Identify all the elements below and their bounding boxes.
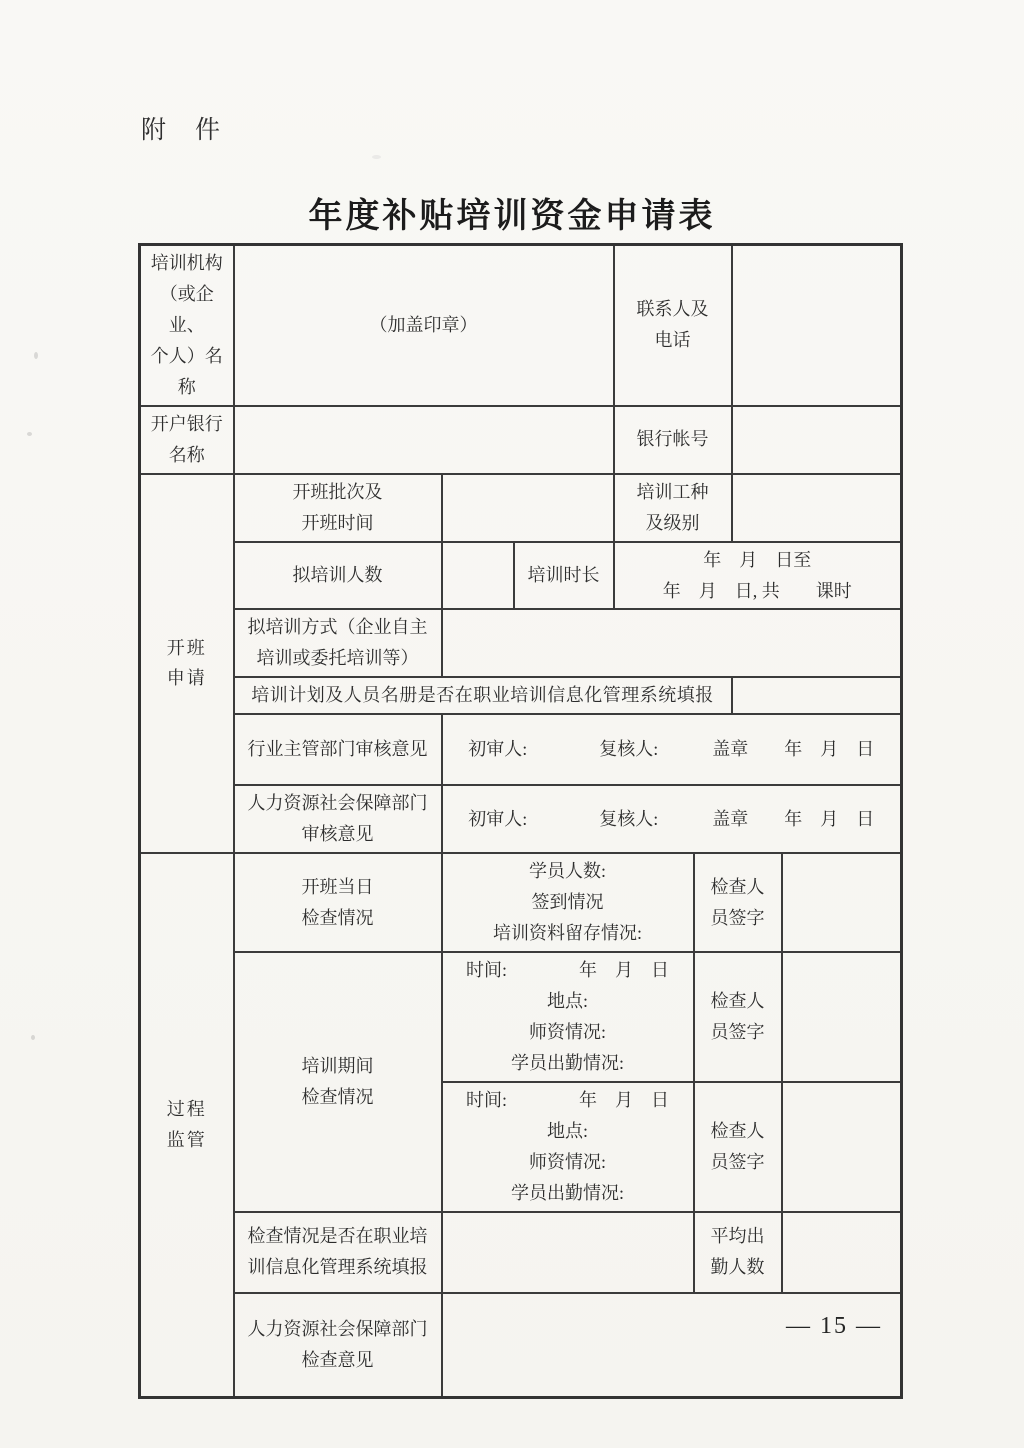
batch-time-label: 开班批次及 开班时间 [234,474,442,542]
inspector-sign-label: 检查人 员签字 [694,1082,782,1212]
scan-artifact [372,155,381,159]
trainee-count-label: 拟培训人数 [234,542,442,610]
training-mode-label: 拟培训方式（企业自主 培训或委托培训等） [234,609,442,677]
scan-artifact [27,432,32,436]
training-mode-value-cell [442,609,902,677]
attachment-label: 附 件 [141,110,222,146]
inspector-sign-value-cell [782,952,902,1082]
contact-label: 联系人及 电话 [614,245,732,406]
hrss-check-opinion-value-cell [442,1293,902,1398]
bank-name-value-cell [234,406,614,474]
hrss-review-cell: 初审人: 复核人: 盖章 年 月 日 [442,785,902,853]
page-title: 年度补贴培训资金申请表 [0,188,1024,237]
section-class-application-label: 开班 申请 [140,474,234,854]
industry-review-label: 行业主管部门审核意见 [234,714,442,785]
bank-account-label: 银行帐号 [614,406,732,474]
avg-attendance-label: 平均出 勤人数 [694,1212,782,1293]
bank-name-label: 开户银行 名称 [140,406,234,474]
avg-attendance-value-cell [782,1212,902,1293]
plan-roster-filed-label: 培训计划及人员名册是否在职业培训信息化管理系统填报 [234,677,732,714]
hrss-check-opinion-label: 人力资源社会保障部门 检查意见 [234,1293,442,1398]
contact-value-cell [732,245,902,406]
inspector-sign-label: 检查人 员签字 [694,952,782,1082]
check-filed-value-cell [442,1212,694,1293]
trade-level-label: 培训工种 及级别 [614,474,732,542]
during-check-2-content: 时间: 年 月 日 地点: 师资情况: 学员出勤情况: [442,1082,694,1212]
batch-time-value-cell [442,474,614,542]
application-form-table: 培训机构 （或企业、 个人）名称 （加盖印章） 联系人及 电话 开户银行 名称 … [138,243,903,1399]
duration-label: 培训时长 [514,542,614,610]
inspector-sign-value-cell [782,853,902,952]
section-process-supervision-label: 过程 监管 [140,853,234,1397]
during-training-check-label: 培训期间 检查情况 [234,952,442,1212]
duration-value-cell: 年 月 日至 年 月 日, 共 课时 [614,542,902,610]
org-name-label: 培训机构 （或企业、 个人）名称 [140,245,234,406]
first-day-check-content: 学员人数: 签到情况 培训资料留存情况: [442,853,694,952]
hrss-review-label: 人力资源社会保障部门 审核意见 [234,785,442,853]
scanned-document-page: 附 件 年度补贴培训资金申请表 培训机构 （或企业、 个人）名称 （加盖印章） … [0,0,1024,1448]
first-day-check-label: 开班当日 检查情况 [234,853,442,952]
page-number: — 15 — [786,1313,882,1340]
inspector-sign-label: 检查人 员签字 [694,853,782,952]
scan-artifact [31,1035,35,1040]
during-check-1-content: 时间: 年 月 日 地点: 师资情况: 学员出勤情况: [442,952,694,1082]
scan-artifact [34,352,38,359]
bank-account-value-cell [732,406,902,474]
check-filed-label: 检查情况是否在职业培 训信息化管理系统填报 [234,1212,442,1293]
trade-level-value-cell [732,474,902,542]
industry-review-cell: 初审人: 复核人: 盖章 年 月 日 [442,714,902,785]
trainee-count-value-cell [442,542,514,610]
org-name-seal-cell: （加盖印章） [234,245,614,406]
inspector-sign-value-cell [782,1082,902,1212]
plan-roster-filed-value-cell [732,677,902,714]
